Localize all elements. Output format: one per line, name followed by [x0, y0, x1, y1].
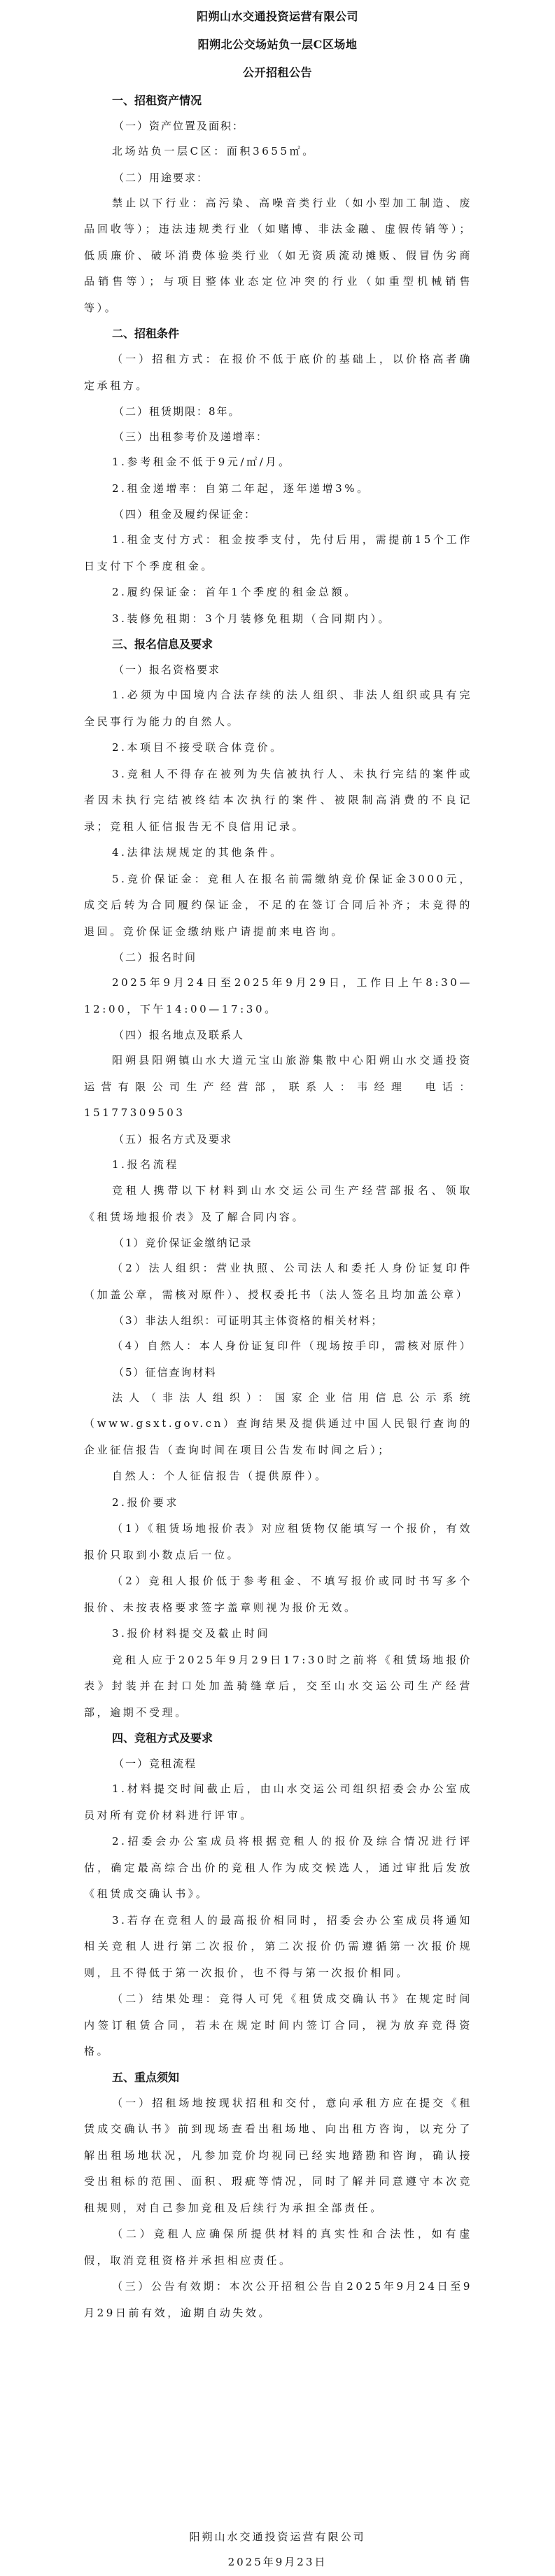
- paragraph: 禁止以下行业：高污染、高噪音类行业（如小型加工制造、废品回收等）；违法违规类行业…: [84, 190, 472, 322]
- paragraph: 1.必须为中国境内合法存续的法人组织、非法人组织或具有完全民事行为能力的自然人。: [84, 682, 472, 735]
- section-heading: 二、招租条件: [84, 321, 472, 346]
- subsection-heading: （四）报名地点及联系人: [84, 1022, 472, 1048]
- footer-date: 2025年9月23日: [0, 2554, 555, 2569]
- paragraph: （二）结果处理：竞得人可凭《租赁成交确认书》在规定时间内签订租赁合同，若未在规定…: [84, 1986, 472, 2065]
- paragraph: （三）公告有效期：本次公开招租公告自2025年9月24日至9月29日前有效，逾期…: [84, 2274, 472, 2326]
- subsection-heading: （二）用途要求：: [84, 165, 472, 190]
- subsection-heading: （一）报名资格要求: [84, 657, 472, 682]
- section-heading: 五、重点须知: [84, 2065, 472, 2090]
- paragraph: 北场站负一层C区：面积3655㎡。: [84, 139, 472, 165]
- document-body: 一、招租资产情况（一）资产位置及面积：北场站负一层C区：面积3655㎡。（二）用…: [84, 88, 472, 2326]
- announcement-page: 阳朔山水交通投资运营有限公司 阳朔北公交场站负一层C区场地 公开招租公告 一、招…: [0, 0, 555, 87]
- company-title: 阳朔山水交通投资运营有限公司: [0, 3, 555, 31]
- paragraph: （1）《租赁场地报价表》对应租赁物仅能填写一个报价，有效报价只取到小数点后一位。: [84, 1516, 472, 1568]
- paragraph: 2.本项目不接受联合体竞价。: [84, 735, 472, 761]
- subsection-heading: （二）租赁期限：8年。: [84, 399, 472, 424]
- subsection-heading: （五）报名方式及要求: [84, 1127, 472, 1152]
- paragraph: 1.参考租金不低于9元/㎡/月。: [84, 449, 472, 476]
- document-title: 公开招租公告: [0, 59, 555, 87]
- paragraph: 5.竞价保证金：竞租人在报名前需缴纳竞价保证金3000元，成交后转为合同履约保证…: [84, 866, 472, 945]
- paragraph: 2.招委会办公室成员将根据竞租人的报价及综合情况进行评估，确定最高综合出价的竞租…: [84, 1829, 472, 1908]
- paragraph: 阳朔县阳朔镇山水大道元宝山旅游集散中心阳朔山水交通投资运营有限公司生产经营部，联…: [84, 1048, 472, 1127]
- paragraph: （2）竞租人报价低于参考租金、不填写报价或同时书写多个报价、未按表格要求签字盖章…: [84, 1568, 472, 1621]
- subsection-heading: （二）报名时间: [84, 945, 472, 970]
- subsection-heading: （3）非法人组织：可证明其主体资格的相关材料；: [84, 1308, 472, 1333]
- paragraph: 竞租人应于2025年9月29日17:30时之前将《租赁场地报价表》封装并在封口处…: [84, 1647, 472, 1726]
- paragraph: 2.报价要求: [84, 1490, 472, 1516]
- paragraph: 3.装修免租期：3个月装修免租期（合同期内）。: [84, 606, 472, 633]
- subsection-heading: （1）竞价保证金缴纳记录: [84, 1230, 472, 1255]
- paragraph: 1.报名流程: [84, 1152, 472, 1178]
- paragraph: （4）自然人：本人身份证复印件（现场按手印，需核对原件）: [84, 1333, 472, 1360]
- footer-company: 阳朔山水交通投资运营有限公司: [0, 2529, 555, 2544]
- subsection-heading: （四）租金及履约保证金：: [84, 502, 472, 527]
- section-heading: 一、招租资产情况: [84, 88, 472, 113]
- paragraph: 法人（非法人组织）：国家企业信用信息公示系统（www.gsxt.gov.cn）查…: [84, 1385, 472, 1464]
- subsection-heading: （一）竞租流程: [84, 1751, 472, 1776]
- section-heading: 三、报名信息及要求: [84, 632, 472, 657]
- paragraph: 1.租金支付方式：租金按季支付，先付后用，需提前15个工作日支付下个季度租金。: [84, 527, 472, 579]
- project-title: 阳朔北公交场站负一层C区场地: [0, 31, 555, 59]
- section-heading: 四、竞租方式及要求: [84, 1726, 472, 1751]
- paragraph: 1.材料提交时间截止后，由山水交运公司组织招委会办公室成员对所有竞价材料进行评审…: [84, 1776, 472, 1829]
- paragraph: 3.竞租人不得存在被列为失信被执行人、未执行完结的案件或者因未执行完结被终结本次…: [84, 761, 472, 840]
- paragraph: 3.若存在竞租人的最高报价相同时，招委会办公室成员将通知相关竞租人进行第二次报价…: [84, 1908, 472, 1987]
- paragraph: 4.法律法规规定的其他条件。: [84, 840, 472, 866]
- paragraph: 自然人：个人征信报告（提供原件）。: [84, 1463, 472, 1490]
- subsection-heading: （5）征信查询材料: [84, 1360, 472, 1385]
- paragraph: 3.报价材料提交及截止时间: [84, 1621, 472, 1647]
- paragraph: （二）竞租人应确保所提供材料的真实性和合法性，如有虚假，取消竞租资格并承担相应责…: [84, 2221, 472, 2274]
- paragraph: 2025年9月24日至2025年9月29日，工作日上午8:30—12:00，下午…: [84, 970, 472, 1022]
- paragraph: 2.租金递增率：自第二年起，逐年递增3%。: [84, 476, 472, 502]
- paragraph: 2.履约保证金：首年1个季度的租金总额。: [84, 579, 472, 606]
- paragraph: （2）法人组织：营业执照、公司法人和委托人身份证复印件（加盖公章，需核对原件）、…: [84, 1255, 472, 1308]
- paragraph: 竞租人携带以下材料到山水交运公司生产经营部报名、领取《租赁场地报价表》及了解合同…: [84, 1178, 472, 1230]
- subsection-heading: （三）出租参考价及递增率：: [84, 424, 472, 449]
- paragraph: （一）招租方式：在报价不低于底价的基础上，以价格高者确定承租方。: [84, 346, 472, 399]
- subsection-heading: （一）资产位置及面积：: [84, 113, 472, 139]
- paragraph: （一）招租场地按现状招租和交付，意向承租方应在提交《租赁成交确认书》前到现场查看…: [84, 2090, 472, 2222]
